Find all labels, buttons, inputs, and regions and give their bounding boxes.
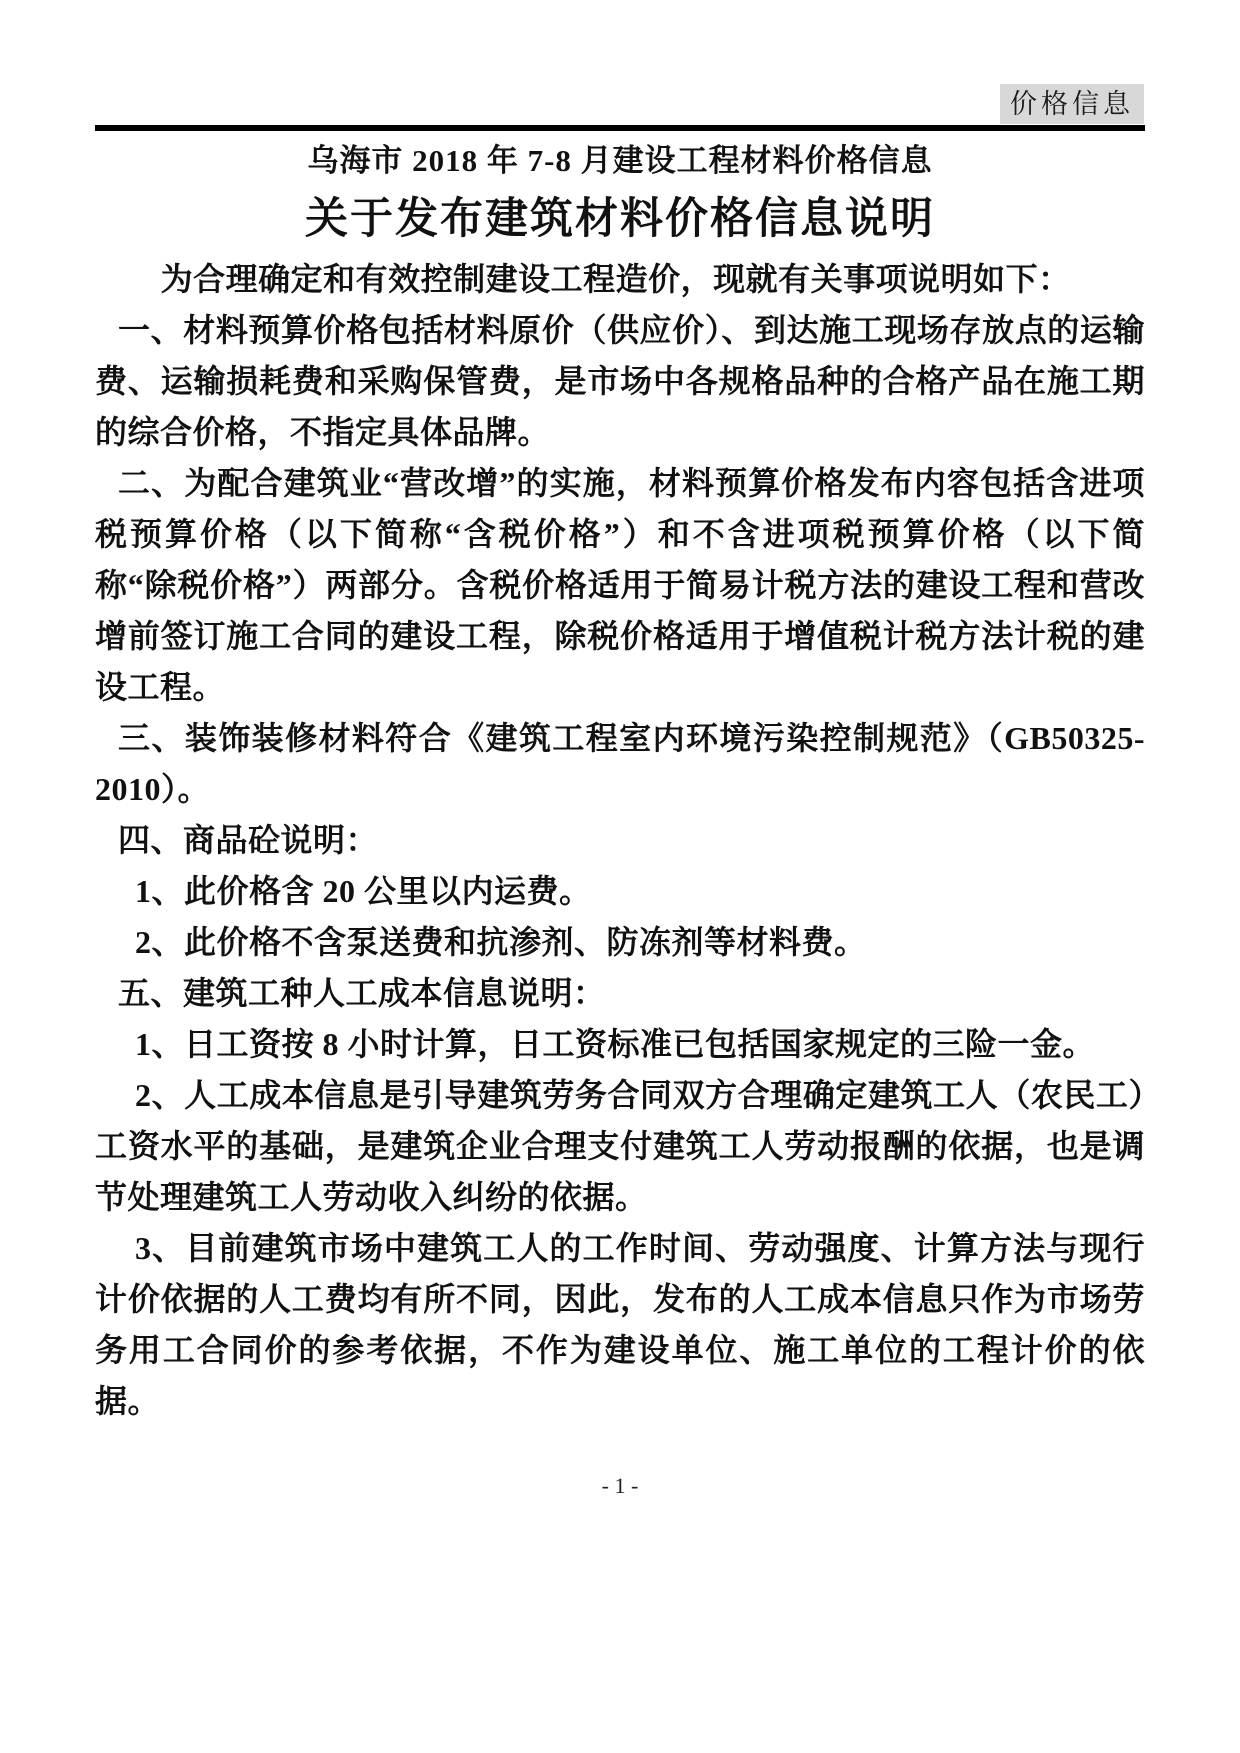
intro-paragraph: 为合理确定和有效控制建设工程造价，现就有关事项说明如下： xyxy=(95,254,1145,305)
paragraph-item-5-sub-1: 1、日工资按 8 小时计算，日工资标准已包括国家规定的三险一金。 xyxy=(95,1019,1145,1070)
document-page: 价格信息 乌海市 2018 年 7-8 月建设工程材料价格信息 关于发布建筑材料… xyxy=(0,0,1240,1753)
page-number: - 1 - xyxy=(0,1472,1240,1500)
paragraph-item-1: 一、材料预算价格包括材料原价（供应价）、到达施工现场存放点的运输费、运输损耗费和… xyxy=(95,305,1145,458)
paragraph-item-3: 三、装饰装修材料符合《建筑工程室内环境污染控制规范》（GB50325-2010）… xyxy=(95,713,1145,815)
document-title: 乌海市 2018 年 7-8 月建设工程材料价格信息 xyxy=(95,138,1145,184)
paragraph-item-5-sub-2: 2、人工成本信息是引导建筑劳务合同双方合理确定建筑工人（农民工）工资水平的基础，… xyxy=(95,1070,1145,1223)
paragraph-item-4-sub-2: 2、此价格不含泵送费和抗渗剂、防冻剂等材料费。 xyxy=(95,917,1145,968)
paragraph-item-5: 五、建筑工种人工成本信息说明： xyxy=(95,968,1145,1019)
paragraph-item-4: 四、商品砼说明： xyxy=(95,815,1145,866)
notice-body: 为合理确定和有效控制建设工程造价，现就有关事项说明如下： 一、材料预算价格包括材… xyxy=(95,254,1145,1427)
document-content: 乌海市 2018 年 7-8 月建设工程材料价格信息 关于发布建筑材料价格信息说… xyxy=(95,138,1145,1427)
paragraph-item-5-sub-3: 3、目前建筑市场中建筑工人的工作时间、劳动强度、计算方法与现行计价依据的人工费均… xyxy=(95,1223,1145,1427)
header-category-badge: 价格信息 xyxy=(1000,84,1144,124)
paragraph-item-2: 二、为配合建筑业“营改增”的实施，材料预算价格发布内容包括含进项税预算价格（以下… xyxy=(95,458,1145,713)
header-divider-rule xyxy=(95,125,1145,131)
notice-title: 关于发布建筑材料价格信息说明 xyxy=(95,190,1145,250)
paragraph-item-4-sub-1: 1、此价格含 20 公里以内运费。 xyxy=(95,866,1145,917)
